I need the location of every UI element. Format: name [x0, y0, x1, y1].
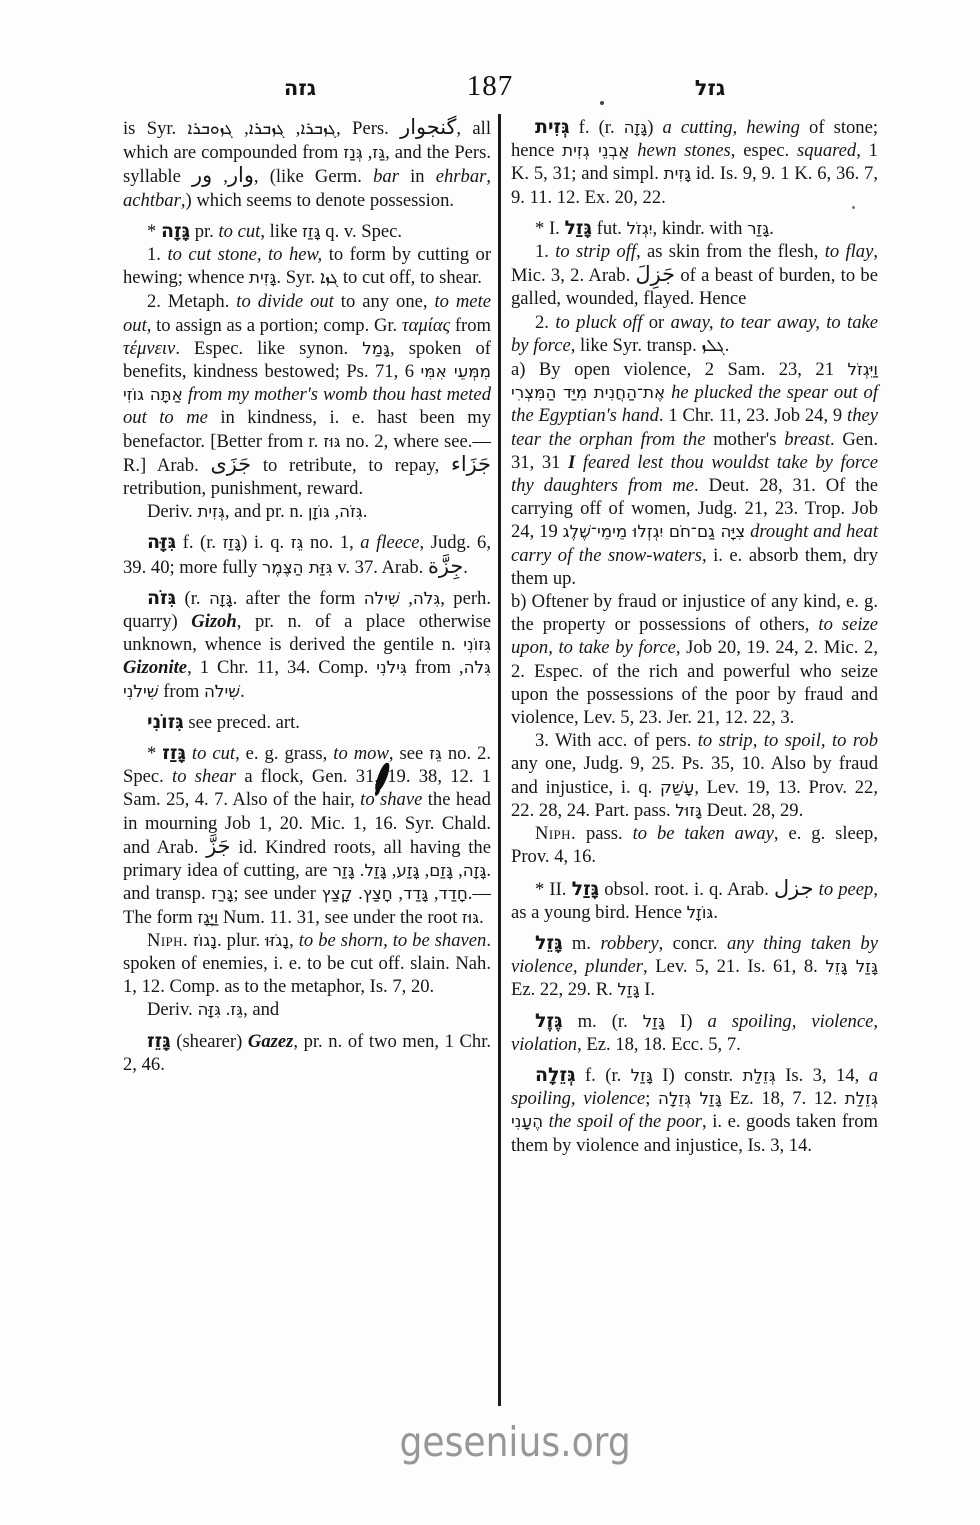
text-run: f. (r.	[176, 532, 223, 553]
text-run: ) i. q.	[241, 532, 291, 553]
entry-paragraph: Deriv. גְּזִית, and pr. n. גִּזֹה, גּוֹז…	[123, 500, 491, 523]
entry-paragraph: גִּזֹה (r. גָּזָה. after the form גִּלֹה…	[123, 587, 491, 703]
hebrew-headword: גָּזֵל	[535, 932, 563, 954]
text-run: to divide out	[236, 291, 334, 312]
text-run: Gizonite	[123, 657, 187, 678]
hebrew-text: גָּזַל	[617, 979, 639, 999]
text-run: squared	[797, 140, 856, 161]
text-run: to shear	[172, 766, 236, 787]
hebrew-text: גָּזַר	[333, 860, 355, 880]
arabic-text: جَزَّ	[206, 834, 230, 858]
text-run: . Syr.	[276, 267, 319, 288]
entry-paragraph: גָּזֵז (shearer) Gazez, pr. n. of two me…	[123, 1030, 491, 1076]
hebrew-text: גִּזָּה	[197, 999, 221, 1019]
text-run: a) By open violence, 2 Sam. 23, 21	[511, 359, 847, 380]
text-run: I) constr.	[653, 1065, 743, 1086]
text-run: ; see under	[233, 883, 321, 904]
entry-paragraph: גֶּזֶל m. (r. גָּזַל I) a spoiling, viol…	[511, 1010, 878, 1056]
text-run: * I.	[535, 218, 564, 239]
syriac-text: ܓܙܒܪܐ	[300, 119, 336, 139]
text-run: , see	[389, 743, 429, 764]
text-run: I.	[640, 979, 656, 1000]
hebrew-text: גָּדַד	[403, 883, 428, 903]
text-run: Gizoh	[191, 611, 236, 632]
text-run: from	[407, 657, 459, 678]
hebrew-text: גָּזָה	[624, 117, 648, 137]
text-run: , to assign as a portion; comp. Gr.	[147, 315, 402, 336]
text-run: f. (r.	[576, 1065, 631, 1086]
text-run: , Pers.	[336, 118, 400, 139]
entry-paragraph: Niph. נָגוֹז. plur. נָגֹזּוּ, to be shor…	[123, 929, 491, 999]
text-run: ,	[387, 860, 397, 881]
entry-paragraph: גָּזֵל m. robbery, concr. any thing take…	[511, 932, 878, 1002]
hebrew-text: חָדַד	[439, 883, 468, 903]
text-run: fut.	[592, 218, 627, 239]
text-run	[575, 452, 583, 473]
left-column: is Syr. ܓܙܒܪܐ, ܓܙܒܪܐ, ܓܙܘܒܪܐ, Pers. گنجو…	[123, 116, 491, 1076]
text-run: pr.	[190, 221, 218, 242]
hebrew-text: גָּזָה	[209, 588, 233, 608]
hebrew-headword: גִּזוֹנִי	[147, 711, 184, 733]
text-run: to flay	[825, 241, 874, 262]
hebrew-text: גָּזַל גְּזֵלָה	[658, 1088, 722, 1108]
text-run: f. (r.	[570, 117, 624, 138]
entry-paragraph: is Syr. ܓܙܒܪܐ, ܓܙܒܪܐ, ܓܙܘܒܪܐ, Pers. گنجو…	[123, 116, 491, 212]
hebrew-text: צִיָּה גַם־חֹם יִגְזְלוּ מֵימֵי־שֶׁלֶג	[563, 521, 745, 541]
dictionary-page-scan: גזה 187 גזל is Syr. ܓܙܒܪܐ, ܓܙܒܪܐ, ܓܙܘܒܪܐ…	[0, 0, 980, 1525]
text-run: see preced. art.	[184, 712, 300, 733]
text-run: * II.	[535, 879, 572, 900]
text-run: Deut. 28, 29.	[702, 800, 803, 821]
text-run: 2. Metaph.	[147, 291, 236, 312]
hebrew-text: גָּזַל	[364, 860, 386, 880]
arabic-text: جِزَّة	[428, 554, 463, 578]
hebrew-text: נָגֹזּוּ	[265, 930, 289, 950]
text-run: , as skin from the flesh,	[636, 241, 825, 262]
hebrew-text: חָצַץ	[363, 883, 393, 903]
hebrew-text: גָּזַל	[643, 1011, 665, 1031]
text-run: . plur.	[217, 930, 265, 951]
text-run: mother's	[705, 429, 784, 450]
text-run: ,	[330, 501, 339, 522]
hebrew-text: גָּזוּל	[675, 800, 702, 820]
greek-text: ταμίας	[402, 315, 450, 336]
hebrew-headword: גָּזַל	[572, 878, 600, 900]
text-run: Num. 11. 31, see under the root	[218, 907, 462, 928]
hebrew-text: גָּזַז	[223, 532, 241, 552]
entry-paragraph: גְּזֵלָה f. (r. גָּזַל I) constr. גְּזֵל…	[511, 1064, 878, 1157]
hebrew-headword: גָּזֵז	[147, 1030, 171, 1052]
hebrew-text: גָּזִית	[664, 163, 691, 183]
text-run: obsol. root. i. q. Arab.	[599, 879, 774, 900]
hebrew-text: גָּזָה	[463, 860, 487, 880]
hebrew-text: גִּזוֹנִי	[463, 634, 491, 654]
entry-paragraph: * I. גָּזַל fut. יִגְזֹל, kindr. with גָ…	[511, 217, 878, 240]
text-run: to cut off, to shear.	[338, 267, 482, 288]
text-run: ,	[428, 883, 438, 904]
entry-paragraph: 3. With acc. of pers. to strip, to spoil…	[511, 729, 878, 822]
hebrew-text: גְּנַז	[343, 142, 362, 162]
running-head-right-keyword: גזל	[655, 76, 765, 100]
text-run: v. 37. Arab.	[333, 557, 428, 578]
text-run: (shearer)	[171, 1031, 248, 1052]
right-column: גְּזִית f. (r. גָּזָה) a cutting, hewing…	[511, 116, 878, 1157]
text-run: ,	[284, 118, 300, 139]
hebrew-text: גִּילֹנִי	[376, 657, 407, 677]
text-run: ,	[289, 930, 299, 951]
hebrew-text: נָגוֹז	[193, 930, 217, 950]
text-run: a fleece	[360, 532, 419, 553]
hebrew-text: גּוֹזָן	[308, 501, 330, 521]
text-run: *	[147, 221, 161, 242]
entry-paragraph: * גָּזָה pr. to cut, like גָּזַז q. v. S…	[123, 220, 491, 243]
watermark: gesenius.org	[62, 1418, 968, 1466]
text-run: .	[713, 902, 718, 923]
arabic-text: جَزَاء	[451, 452, 491, 476]
text-run: .	[725, 335, 730, 356]
hebrew-text: יִגְזֹל	[627, 218, 653, 238]
arabic-text: گنجوار	[400, 115, 456, 139]
hebrew-text: שִׁילֹנִי	[123, 681, 159, 701]
text-run: no. 1,	[303, 532, 360, 553]
text-run: ,	[363, 142, 373, 163]
hebrew-text: קָצַץ	[322, 883, 353, 903]
greek-text: τέμνειν	[123, 338, 175, 359]
hebrew-text: גּוּז	[323, 431, 340, 451]
text-run: robbery	[600, 933, 658, 954]
text-run: to be shorn, to be shaven	[299, 930, 487, 951]
hebrew-text: שִׁילֹה	[364, 588, 400, 608]
hebrew-text: גָּזַל	[631, 1065, 653, 1085]
text-run: to mow	[333, 743, 389, 764]
arabic-text: وار	[228, 163, 254, 187]
text-run: to be taken away	[633, 823, 774, 844]
small-caps-text: Niph.	[147, 930, 188, 951]
hebrew-text: גֵּז	[230, 999, 243, 1019]
hebrew-headword: גְּזִית	[535, 116, 570, 138]
text-run: ,	[212, 166, 228, 187]
text-run: , (like Germ.	[254, 166, 373, 187]
text-run: Ez. 22, 29. R.	[511, 979, 617, 1000]
hebrew-text: גְּזִית	[197, 501, 224, 521]
text-run: Gazez	[248, 1031, 293, 1052]
text-run: 2.	[535, 312, 555, 333]
text-run: m. (r.	[563, 1011, 643, 1032]
hebrew-text: גָּמַל	[362, 338, 390, 358]
hebrew-text: גַּז	[372, 142, 385, 162]
text-run: pass.	[576, 823, 633, 844]
text-run: , like Syr. transp.	[571, 335, 702, 356]
hebrew-text: גֵּז	[429, 743, 442, 763]
entry-paragraph: Deriv. גֵּז. גִּזָּה, and	[123, 998, 491, 1021]
text-run: .	[769, 218, 774, 239]
entry-paragraph: b) Oftener by fraud or injustice of any …	[511, 590, 878, 729]
syriac-text: ܓܙܘܒܪܐ	[188, 119, 233, 139]
small-caps-text: Niph.	[535, 823, 576, 844]
text-run: , Lev. 5, 21. Is. 61, 8.	[643, 956, 825, 977]
syriac-text: ܓܠܙ	[701, 336, 724, 356]
entry-paragraph: 2. to pluck off or away, to tear away, t…	[511, 311, 878, 358]
text-run: . Espec. like synon.	[175, 338, 362, 359]
hebrew-text: גָּזַם	[429, 860, 453, 880]
text-run: bar	[373, 166, 399, 187]
text-run: ehrbar	[436, 166, 487, 187]
entry-paragraph: גִּזוֹנִי see preced. art.	[123, 711, 491, 734]
text-run: *	[147, 743, 162, 764]
page-header: גזה 187 גזל	[0, 70, 980, 110]
text-run: from	[159, 681, 204, 702]
entry-paragraph: 1. to strip off, as skin from the flesh,…	[511, 240, 878, 311]
text-run: retribution, punishment, reward.	[123, 478, 363, 499]
entry-paragraph: גִּזָּה f. (r. גָּזַז) i. q. גֵּז no. 1,…	[123, 531, 491, 578]
hebrew-text: עָשַׁק	[660, 777, 694, 797]
text-run: .	[479, 907, 484, 928]
hebrew-text: גָּזַר	[747, 218, 769, 238]
text-run: 1.	[147, 244, 167, 265]
text-run: in	[399, 166, 436, 187]
text-run: , Ez. 18, 18. Ecc. 5, 7.	[577, 1034, 741, 1055]
entry-paragraph: a) By open violence, 2 Sam. 23, 21 וַיִּ…	[511, 358, 878, 590]
text-run: .	[240, 681, 245, 702]
text-run: . 1 Chr. 11, 23. Job 24, 9	[659, 405, 847, 426]
hebrew-text: גָּרַז	[211, 883, 233, 903]
text-run: to cut	[218, 221, 260, 242]
hebrew-text: אַבְנֵי גְזִית	[562, 140, 629, 160]
hebrew-text: גָּזַל גָּזֵל	[825, 956, 878, 976]
text-run: , 1 Chr. 11, 34. Comp.	[187, 657, 376, 678]
hebrew-text: גָּזִית	[249, 267, 276, 287]
text-run: m.	[563, 933, 601, 954]
column-divider-rule	[498, 114, 501, 1406]
entry-paragraph: * גָּזַז to cut, e. g. grass, to mow, se…	[123, 742, 491, 929]
text-run: .	[363, 501, 368, 522]
hebrew-headword: גֶּזֶל	[535, 1010, 563, 1032]
text-run: ,	[400, 588, 413, 609]
text-run: from	[450, 315, 491, 336]
text-run: the spoil of the poor	[549, 1111, 702, 1132]
hebrew-text: וַיָּגָז	[197, 907, 218, 927]
hebrew-text: גִּלֹה	[413, 588, 440, 608]
entry-paragraph: Niph. pass. to be taken away, e. g. slee…	[511, 822, 878, 868]
hebrew-text: גִּלֹה	[464, 657, 491, 677]
text-run: hewn stones	[637, 140, 731, 161]
text-run: Deriv.	[147, 999, 197, 1020]
text-run: to pluck off	[555, 312, 642, 333]
text-run: to strip, to spoil, to rob	[698, 730, 878, 751]
hebrew-headword: גְּזֵלָה	[535, 1064, 576, 1086]
entry-paragraph: 2. Metaph. to divide out to any one, to …	[123, 290, 491, 500]
hebrew-text: שִׁילֹה	[204, 681, 240, 701]
text-run: , espec.	[731, 140, 797, 161]
hebrew-text: גָּזַע	[396, 860, 419, 880]
hebrew-headword: גָּזַל	[564, 217, 592, 239]
text-run: .	[221, 999, 230, 1020]
syriac-text: ܓܙܐ	[320, 268, 338, 288]
ink-speck	[600, 101, 604, 105]
text-run: 3. With acc. of pers.	[535, 730, 698, 751]
arabic-text: ور	[192, 163, 212, 187]
page-number: 187	[440, 70, 540, 103]
hebrew-headword: גָּזַז	[162, 742, 186, 764]
text-run: to peep	[819, 879, 874, 900]
entry-paragraph: גְּזִית f. (r. גָּזָה) a cutting, hewing…	[511, 116, 878, 209]
text-run: ,	[486, 166, 491, 187]
hebrew-text: גּוּז	[462, 907, 479, 927]
running-head-left-keyword: גזה	[245, 76, 355, 100]
hebrew-text: גִּזֹה	[339, 501, 363, 521]
text-run: a cutting, hewing	[663, 117, 800, 138]
text-run: . after the form	[233, 588, 364, 609]
hebrew-text: גִּזַּת הַצֶּמֶר	[262, 557, 333, 577]
text-run: , and pr. n.	[225, 501, 308, 522]
text-run: I)	[665, 1011, 707, 1032]
text-run: to cut	[192, 743, 235, 764]
hebrew-text: גְּזֵלַת	[743, 1065, 776, 1085]
text-run: .	[353, 883, 363, 904]
text-run: , and	[243, 999, 279, 1020]
entry-paragraph: * II. גָּזַל obsol. root. i. q. Arab. جز…	[511, 877, 878, 924]
text-run: .	[355, 860, 365, 881]
hebrew-headword: גִּזָּה	[147, 531, 176, 553]
text-run: , kindr. with	[653, 218, 748, 239]
text-run: is Syr.	[123, 118, 188, 139]
text-run: to cut stone, to hew,	[167, 244, 322, 265]
text-run: ,	[233, 118, 249, 139]
text-run: to shave	[360, 789, 422, 810]
text-run: breast	[784, 429, 830, 450]
ink-speck	[852, 206, 855, 209]
text-run: achtbar	[123, 190, 181, 211]
arabic-text: جَزِلَ	[636, 262, 676, 286]
text-run: Deriv.	[147, 501, 197, 522]
hebrew-text: גֵּז	[291, 532, 304, 552]
text-run: Is. 3, 14,	[776, 1065, 869, 1086]
text-run: to strip off	[555, 241, 636, 262]
text-run: , e. g. grass,	[235, 743, 333, 764]
hebrew-headword: גָּזָה	[161, 220, 190, 242]
text-run: Ez. 18, 7. 12.	[722, 1088, 845, 1109]
text-run: ,	[420, 860, 430, 881]
hebrew-headword: גִּזֹה	[147, 587, 176, 609]
text-run: (r.	[176, 588, 209, 609]
text-run: , concr.	[659, 933, 727, 954]
text-run: ,	[393, 883, 403, 904]
text-run: .	[463, 557, 468, 578]
text-run: , like	[260, 221, 302, 242]
hebrew-text: גָּזַז	[302, 221, 320, 241]
text-run: ,) which seems to denote possession.	[181, 190, 454, 211]
text-run: ,	[453, 860, 463, 881]
text-run: )	[647, 117, 662, 138]
arabic-text: جَزَى	[210, 452, 251, 476]
text-run: q. v. Spec.	[321, 221, 402, 242]
hebrew-text: גּוֹזָל	[687, 902, 714, 922]
text-run: to any one,	[334, 291, 435, 312]
text-run: 1.	[535, 241, 555, 262]
text-run: or	[642, 312, 670, 333]
text-run: to retribute, to repay,	[251, 455, 451, 476]
entry-paragraph: 1. to cut stone, to hew, to form by cutt…	[123, 243, 491, 290]
arabic-text: جزل	[774, 876, 814, 900]
text-run: ;	[645, 1088, 658, 1109]
syriac-text: ܓܙܒܪܐ	[249, 119, 285, 139]
